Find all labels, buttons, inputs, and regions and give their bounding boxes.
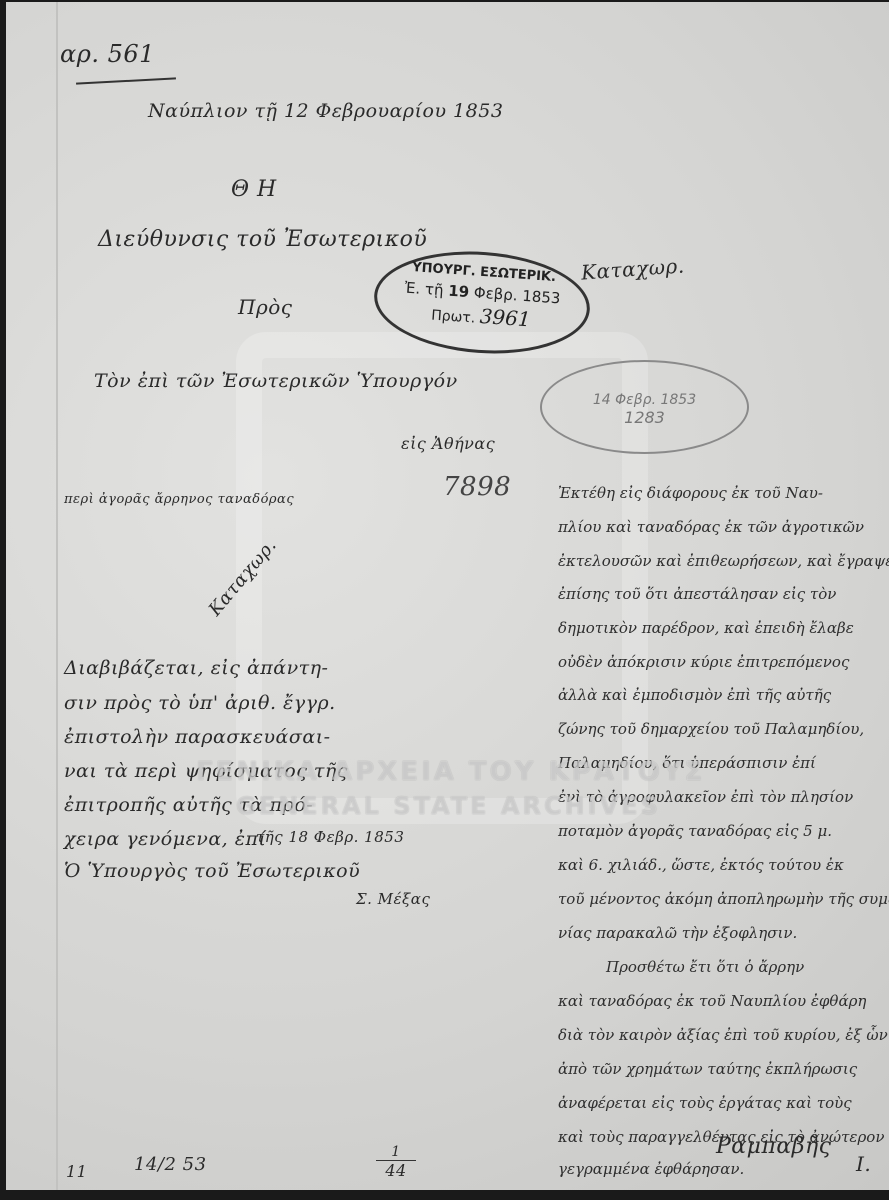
page-fold — [56, 2, 58, 1190]
faint-stamp: 14 Φεβρ. 1853 1283 — [540, 360, 749, 454]
left-line: χειρα γενόμενα, ἐπί — [64, 828, 266, 850]
right-line: ποταμὸν ἀγορᾶς ταναδόρας εἰς 5 μ. — [558, 822, 832, 840]
place-date: Ναύπλιον τῇ 12 Φεβρουαρίου 1853 — [148, 100, 503, 122]
right-line: Προσθέτω ἔτι ὅτι ὁ ἄρρην — [606, 958, 804, 976]
marginal-note: Καταχωρ. — [580, 253, 685, 284]
right-line: καὶ 6. χιλιάδ., ὥστε, ἐκτός τούτου ἐκ — [558, 856, 844, 874]
reference-number: αρ. 561 — [60, 40, 155, 68]
left-signature: Σ. Μέξας — [356, 890, 430, 908]
left-line: σιν πρὸς τὸ ὑπ' ἀριθ. ἔγγρ. — [64, 692, 336, 714]
addressee-line1: Διεύθυνσις τοῦ Ἐσωτερικοῦ — [98, 227, 427, 252]
watermark-greek: ΓΕΝΙΚΑ ΑΡΧΕΙΑ ΤΟΥ ΚΡΑΤΟΥΣ — [196, 757, 705, 787]
header-abbrev: Θ Η — [231, 177, 277, 202]
faint-stamp-number: 1283 — [542, 408, 747, 427]
watermark-english: GENERAL STATE ARCHIVES — [236, 792, 661, 820]
right-line: νίας παρακαλῶ τὴν ἐξοφλησιν. — [558, 924, 797, 942]
right-line: ἐπίσης τοῦ ὅτι ἀπεστάλησαν εἰς τὸν — [558, 585, 836, 603]
addressee-city: εἰς Ἀθήνας — [401, 434, 495, 453]
file-number: 7898 — [443, 472, 511, 502]
footer-fraction: 1 44 — [376, 1144, 416, 1180]
subject-line: περὶ ἀγορᾶς ἄρρηνος ταναδόρας — [64, 492, 294, 507]
left-line: τῆς 18 Φεβρ. 1853 — [256, 828, 404, 846]
right-line: πλίου καὶ ταναδόρας ἐκ τῶν ἀγροτικῶν — [558, 518, 864, 536]
document-page: αρ. 561 Ναύπλιον τῇ 12 Φεβρουαρίου 1853 … — [6, 2, 889, 1190]
right-line: δημοτικὸν παρέδρον, καὶ ἐπειδὴ ἔλαβε — [558, 619, 854, 637]
right-line: τοῦ μένοντος ἀκόμη ἀποπληρωμὴν τῆς συμφω… — [558, 890, 889, 908]
right-line: ἀλλὰ καὶ ἐμποδισμὸν ἐπὶ τῆς αὐτῆς — [558, 686, 831, 704]
left-line: Διαβιβάζεται, εἰς ἀπάντη- — [64, 657, 328, 679]
right-line: οὐδὲν ἀπόκρισιν κύριε ἐπιτρεπόμενος — [558, 653, 849, 671]
reference-underline — [76, 77, 176, 84]
footer-date: 14/2 53 — [134, 1154, 207, 1175]
faint-stamp-date: 14 Φεβρ. 1853 — [542, 392, 747, 408]
right-signature: Ραμπαβῆς — [716, 1134, 832, 1159]
footer-left-mark: 11 — [66, 1162, 87, 1181]
addressee-line3: Τὸν ἐπὶ τῶν Ἐσωτερικῶν Ὑπουργόν — [94, 370, 458, 392]
left-line: ἐπιστολὴν παρασκευάσαι- — [64, 726, 331, 748]
right-line: γεγραμμένα ἐφθάρησαν. — [558, 1160, 744, 1178]
addressee-line2: Πρὸς — [238, 295, 292, 319]
right-line: ἀναφέρεται εἰς τοὺς ἐργάτας καὶ τοὺς — [558, 1094, 852, 1112]
right-line: Ἐκτέθη εἰς διάφορους ἐκ τοῦ Ναυ- — [558, 484, 823, 502]
right-signature-suffix: Ι. — [856, 1152, 871, 1176]
right-line: διὰ τὸν καιρὸν ἀξίας ἐπὶ τοῦ κυρίου, ἐξ … — [558, 1026, 888, 1044]
right-line: ἀπὸ τῶν χρημάτων ταύτης ἐκπλήρωσις — [558, 1060, 857, 1078]
right-line: ζώνης τοῦ δημαρχείου τοῦ Παλαμηδίου, — [558, 720, 864, 738]
left-line: Ὁ Ὑπουργὸς τοῦ Ἐσωτερικοῦ — [64, 860, 360, 882]
right-line: ἐκτελουσῶν καὶ ἐπιθεωρήσεων, καὶ ἔγραψεν — [558, 552, 889, 570]
right-line: καὶ ταναδόρας ἐκ τοῦ Ναυπλίου ἐφθάρη — [558, 992, 866, 1010]
